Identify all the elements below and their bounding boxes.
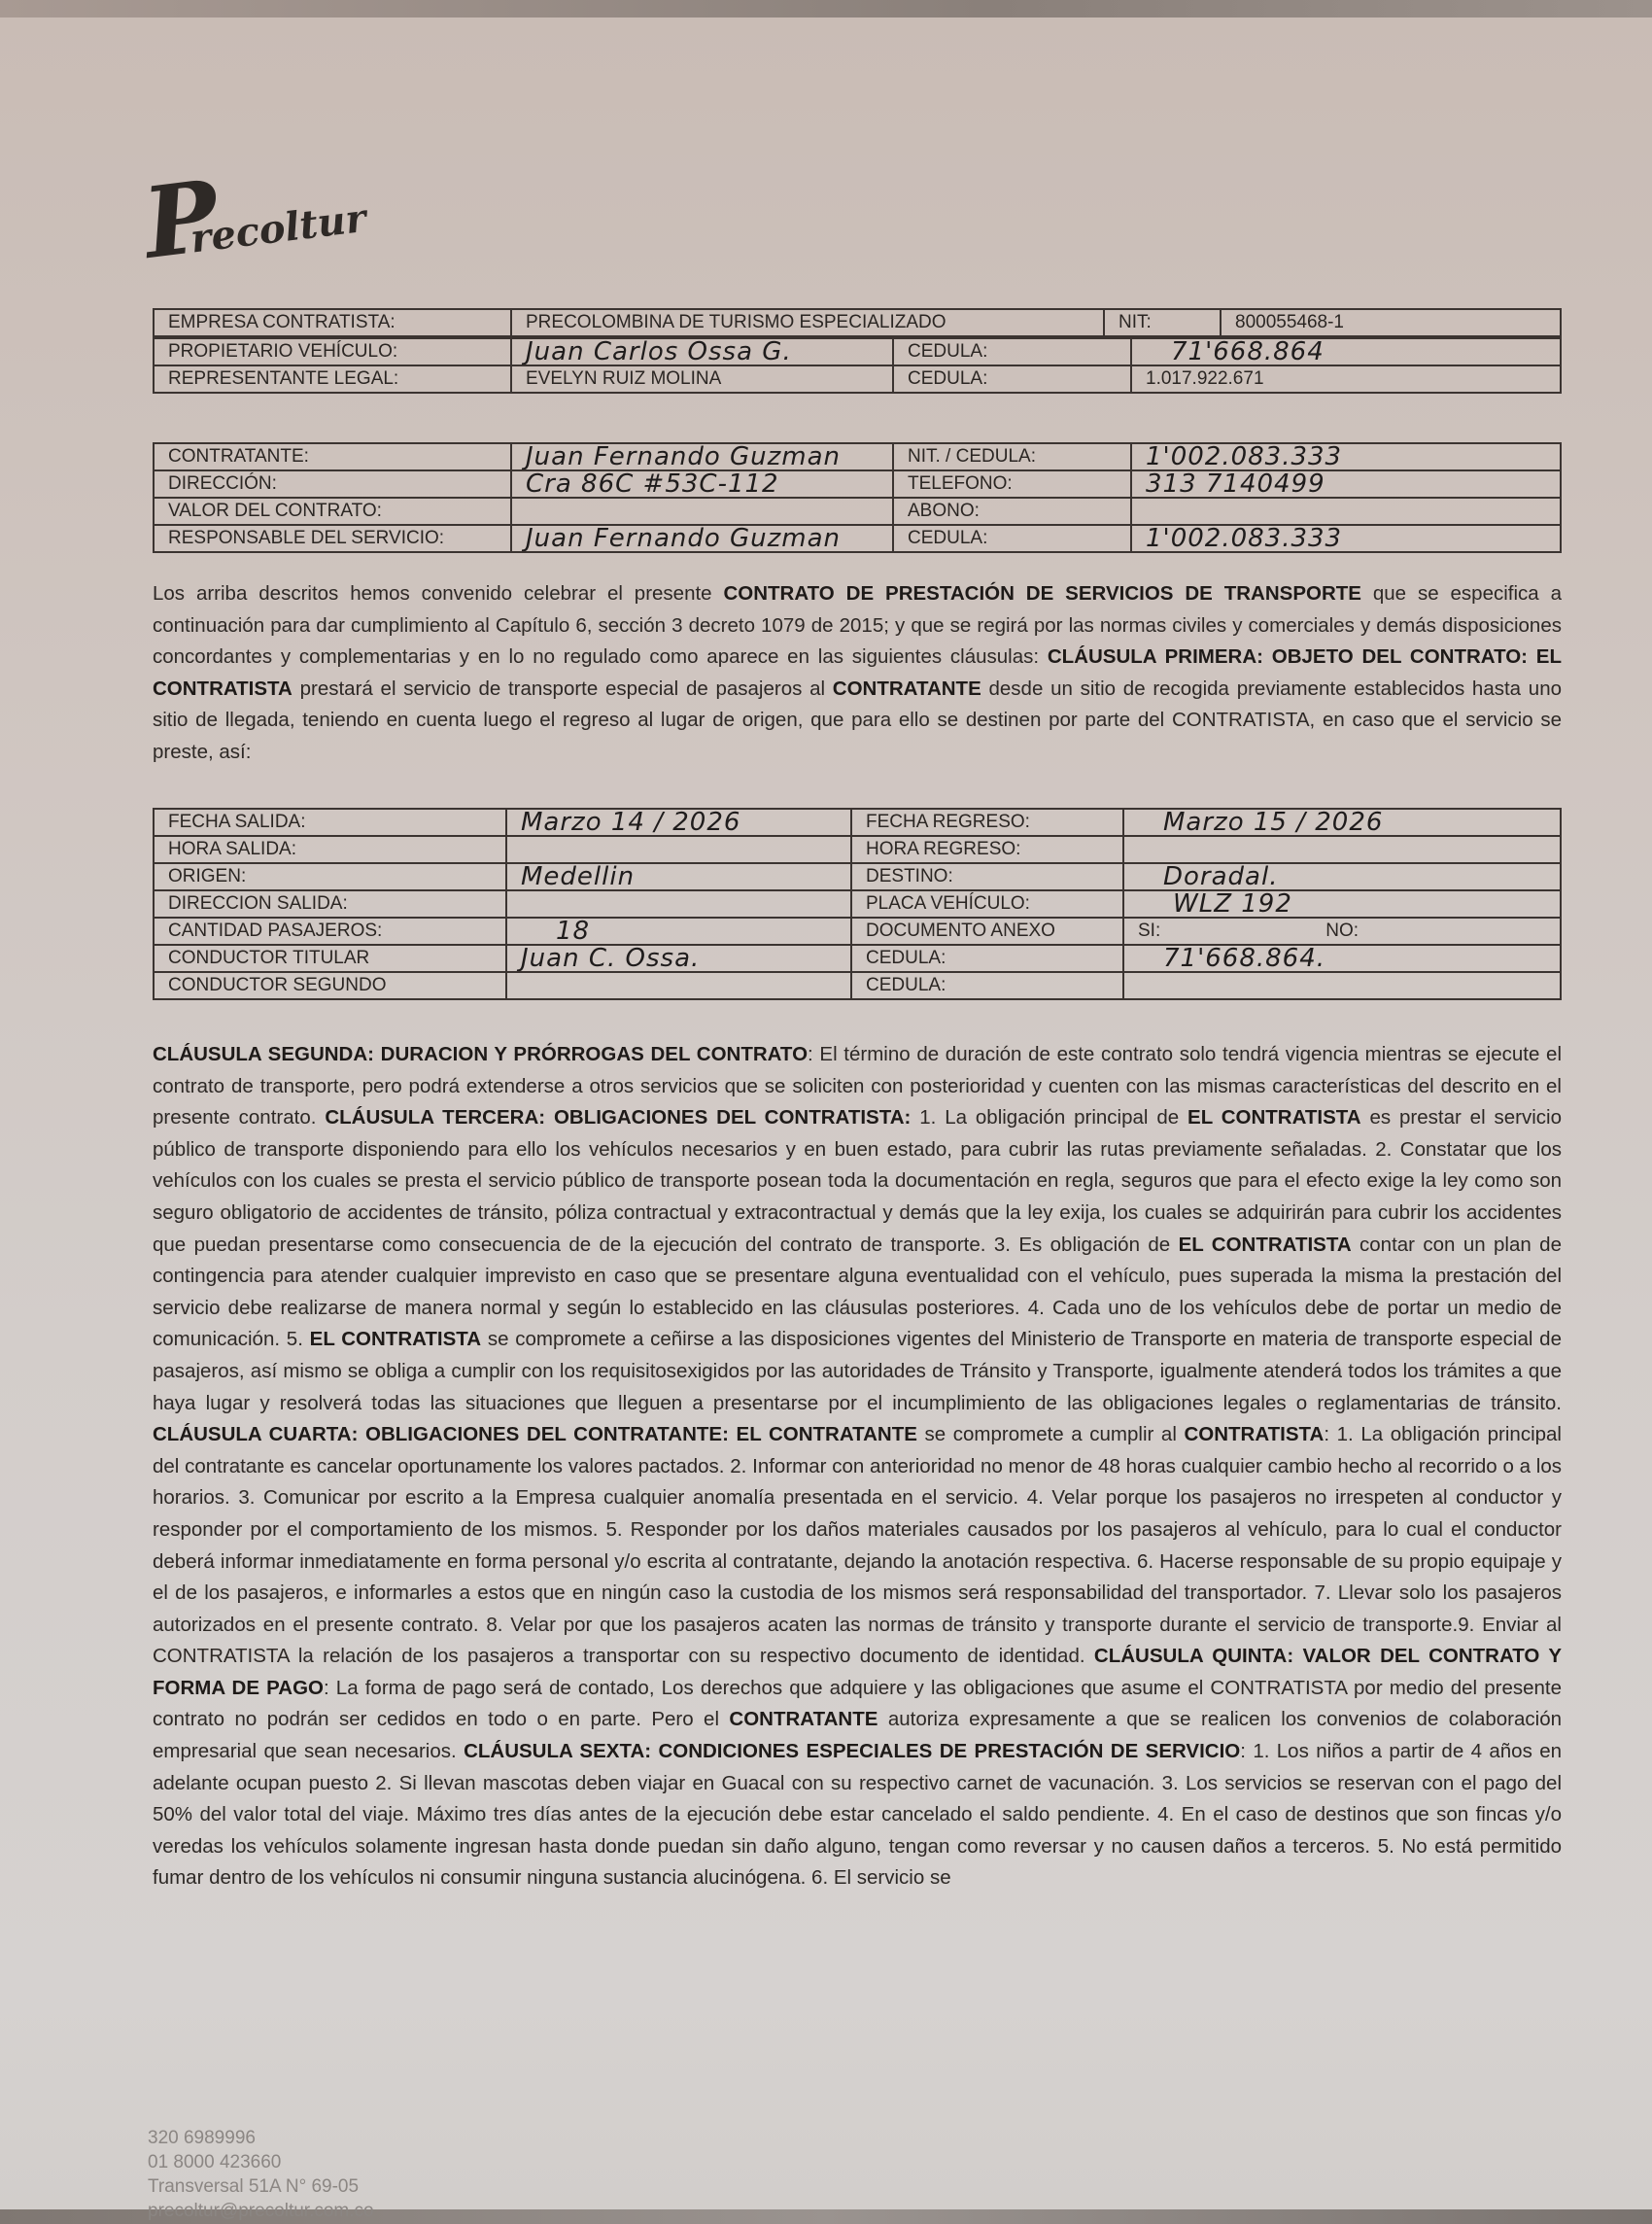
table-row: REPRESENTANTE LEGAL: EVELYN RUIZ MOLINA …: [154, 365, 1561, 393]
field-label: DESTINO:: [851, 863, 1123, 890]
client-address-value[interactable]: Cra 86C #53C-112: [511, 470, 893, 498]
field-label: CEDULA:: [893, 525, 1131, 552]
field-label: DIRECCIÓN:: [154, 470, 511, 498]
table-row: HORA SALIDA: HORA REGRESO:: [154, 836, 1561, 863]
return-time-field[interactable]: [1123, 836, 1561, 863]
origin-value[interactable]: Medellin: [506, 863, 851, 890]
contract-intro-paragraph: Los arriba descritos hemos convenido cel…: [153, 578, 1562, 769]
second-driver-field[interactable]: [506, 972, 851, 999]
annex-document-field: SI:NO:: [1123, 918, 1561, 945]
field-label: ORIGEN:: [154, 863, 506, 890]
field-label: CEDULA:: [851, 945, 1123, 972]
main-driver-id-value[interactable]: 71'668.864.: [1123, 945, 1561, 972]
client-info-table: CONTRATANTE: Juan Fernando Guzman NIT. /…: [153, 442, 1562, 553]
intro-text: prestará el servicio de transporte espec…: [293, 678, 833, 700]
field-label: CONDUCTOR SEGUNDO: [154, 972, 506, 999]
annex-yes-checkbox[interactable]: SI:: [1138, 921, 1160, 941]
field-label: PROPIETARIO VEHÍCULO:: [154, 338, 511, 365]
table-row: DIRECCION SALIDA: PLACA VEHÍCULO: WLZ 19…: [154, 890, 1561, 918]
client-phone-value[interactable]: 313 7140499: [1131, 470, 1561, 498]
deposit-field[interactable]: [1131, 498, 1561, 525]
table-row: DIRECCIÓN: Cra 86C #53C-112 TELEFONO: 31…: [154, 470, 1561, 498]
main-driver-value[interactable]: Juan C. Ossa.: [506, 945, 851, 972]
field-label: HORA REGRESO:: [851, 836, 1123, 863]
field-label: DIRECCION SALIDA:: [154, 890, 506, 918]
field-label: CANTIDAD PASAJEROS:: [154, 918, 506, 945]
table-row: PROPIETARIO VEHÍCULO: Juan Carlos Ossa G…: [154, 338, 1561, 365]
destination-value[interactable]: Doradal.: [1123, 863, 1561, 890]
field-label: EMPRESA CONTRATISTA:: [154, 309, 511, 336]
bold-term: CONTRATISTA: [1184, 1423, 1324, 1445]
field-label: FECHA REGRESO:: [851, 809, 1123, 836]
clause-3-title: CLÁUSULA TERCERA: OBLIGACIONES DEL CONTR…: [325, 1106, 911, 1129]
table-row: ORIGEN: Medellin DESTINO: Doradal.: [154, 863, 1561, 890]
field-label: RESPONSABLE DEL SERVICIO:: [154, 525, 511, 552]
contract-title: CONTRATO DE PRESTACIÓN DE SERVICIOS DE T…: [723, 582, 1360, 605]
departure-address-field[interactable]: [506, 890, 851, 918]
field-label: PLACA VEHÍCULO:: [851, 890, 1123, 918]
client-name-value[interactable]: Juan Fernando Guzman: [511, 443, 893, 470]
field-label: DOCUMENTO ANEXO: [851, 918, 1123, 945]
field-label: TELEFONO:: [893, 470, 1131, 498]
nit-value: 800055468-1: [1221, 309, 1561, 336]
clause-text: : 1. La obligación principal del contrat…: [153, 1423, 1562, 1667]
departure-date-value[interactable]: Marzo 14 / 2026: [506, 809, 851, 836]
company-name-value: PRECOLOMBINA DE TURISMO ESPECIALIZADO: [511, 309, 1104, 336]
contract-clauses: CLÁUSULA SEGUNDA: DURACION Y PRÓRROGAS D…: [153, 1039, 1562, 1894]
field-label: CEDULA:: [851, 972, 1123, 999]
contract-value-field[interactable]: [511, 498, 893, 525]
clause-2-title: CLÁUSULA SEGUNDA: DURACION Y PRÓRROGAS D…: [153, 1043, 808, 1065]
return-date-value[interactable]: Marzo 15 / 2026: [1123, 809, 1561, 836]
second-driver-id-field[interactable]: [1123, 972, 1561, 999]
clause-text: se compromete a cumplir al: [917, 1423, 1185, 1445]
field-label: HORA SALIDA:: [154, 836, 506, 863]
field-label: FECHA SALIDA:: [154, 809, 506, 836]
bold-term: EL CONTRATISTA: [1187, 1106, 1361, 1129]
departure-time-field[interactable]: [506, 836, 851, 863]
footer-phone: 320 6989996: [148, 2126, 374, 2150]
field-label: CONTRATANTE:: [154, 443, 511, 470]
responsible-id-value[interactable]: 1'002.083.333: [1131, 525, 1561, 552]
intro-text: Los arriba descritos hemos convenido cel…: [153, 582, 723, 605]
field-label: REPRESENTANTE LEGAL:: [154, 365, 511, 393]
field-label: CEDULA:: [893, 338, 1131, 365]
legal-rep-value: EVELYN RUIZ MOLINA: [511, 365, 893, 393]
field-label: NIT. / CEDULA:: [893, 443, 1131, 470]
bold-term: EL CONTRATISTA: [310, 1328, 481, 1350]
company-info-table-lower: PROPIETARIO VEHÍCULO: Juan Carlos Ossa G…: [153, 337, 1562, 394]
owner-name-value[interactable]: Juan Carlos Ossa G.: [511, 338, 893, 365]
footer-toll-free: 01 8000 423660: [148, 2150, 374, 2174]
service-responsible-value[interactable]: Juan Fernando Guzman: [511, 525, 893, 552]
vehicle-plate-value[interactable]: WLZ 192: [1123, 890, 1561, 918]
field-label: ABONO:: [893, 498, 1131, 525]
clause-4-title: CLÁUSULA CUARTA: OBLIGACIONES DEL CONTRA…: [153, 1423, 917, 1445]
bold-term: CONTRATANTE: [729, 1708, 878, 1730]
clause-6-title: CLÁUSULA SEXTA: CONDICIONES ESPECIALES D…: [464, 1740, 1240, 1762]
company-contact-footer: 320 6989996 01 8000 423660 Transversal 5…: [148, 2126, 374, 2223]
table-row: FECHA SALIDA: Marzo 14 / 2026 FECHA REGR…: [154, 809, 1561, 836]
table-row: VALOR DEL CONTRATO: ABONO:: [154, 498, 1561, 525]
trip-details-table: FECHA SALIDA: Marzo 14 / 2026 FECHA REGR…: [153, 808, 1562, 1000]
table-row: CONDUCTOR SEGUNDO CEDULA:: [154, 972, 1561, 999]
footer-address: Transversal 51A N° 69-05: [148, 2174, 374, 2199]
field-label: NIT:: [1104, 309, 1221, 336]
field-label: CEDULA:: [893, 365, 1131, 393]
annex-no-checkbox[interactable]: NO:: [1325, 921, 1359, 941]
passenger-count-value[interactable]: 18: [506, 918, 851, 945]
clause-text: 1. La obligación principal de: [911, 1106, 1187, 1129]
bold-term: EL CONTRATISTA: [1179, 1234, 1352, 1256]
client-id-value[interactable]: 1'002.083.333: [1131, 443, 1561, 470]
table-row: EMPRESA CONTRATISTA: PRECOLOMBINA DE TUR…: [154, 309, 1561, 336]
footer-email: precoltur@precoltur.com.co: [148, 2199, 374, 2223]
field-label: VALOR DEL CONTRATO:: [154, 498, 511, 525]
legal-rep-id-value: 1.017.922.671: [1131, 365, 1561, 393]
field-label: CONDUCTOR TITULAR: [154, 945, 506, 972]
clause-text: : 1. Los niños a partir de 4 años en ade…: [153, 1740, 1562, 1889]
table-row: RESPONSABLE DEL SERVICIO: Juan Fernando …: [154, 525, 1561, 552]
photo-background-top: [0, 0, 1652, 19]
table-row: CANTIDAD PASAJEROS: 18 DOCUMENTO ANEXO S…: [154, 918, 1561, 945]
table-row: CONDUCTOR TITULAR Juan C. Ossa. CEDULA: …: [154, 945, 1561, 972]
owner-id-value[interactable]: 71'668.864: [1131, 338, 1561, 365]
company-info-table: EMPRESA CONTRATISTA: PRECOLOMBINA DE TUR…: [153, 308, 1562, 337]
bold-term: CONTRATANTE: [833, 678, 981, 700]
table-row: CONTRATANTE: Juan Fernando Guzman NIT. /…: [154, 443, 1561, 470]
